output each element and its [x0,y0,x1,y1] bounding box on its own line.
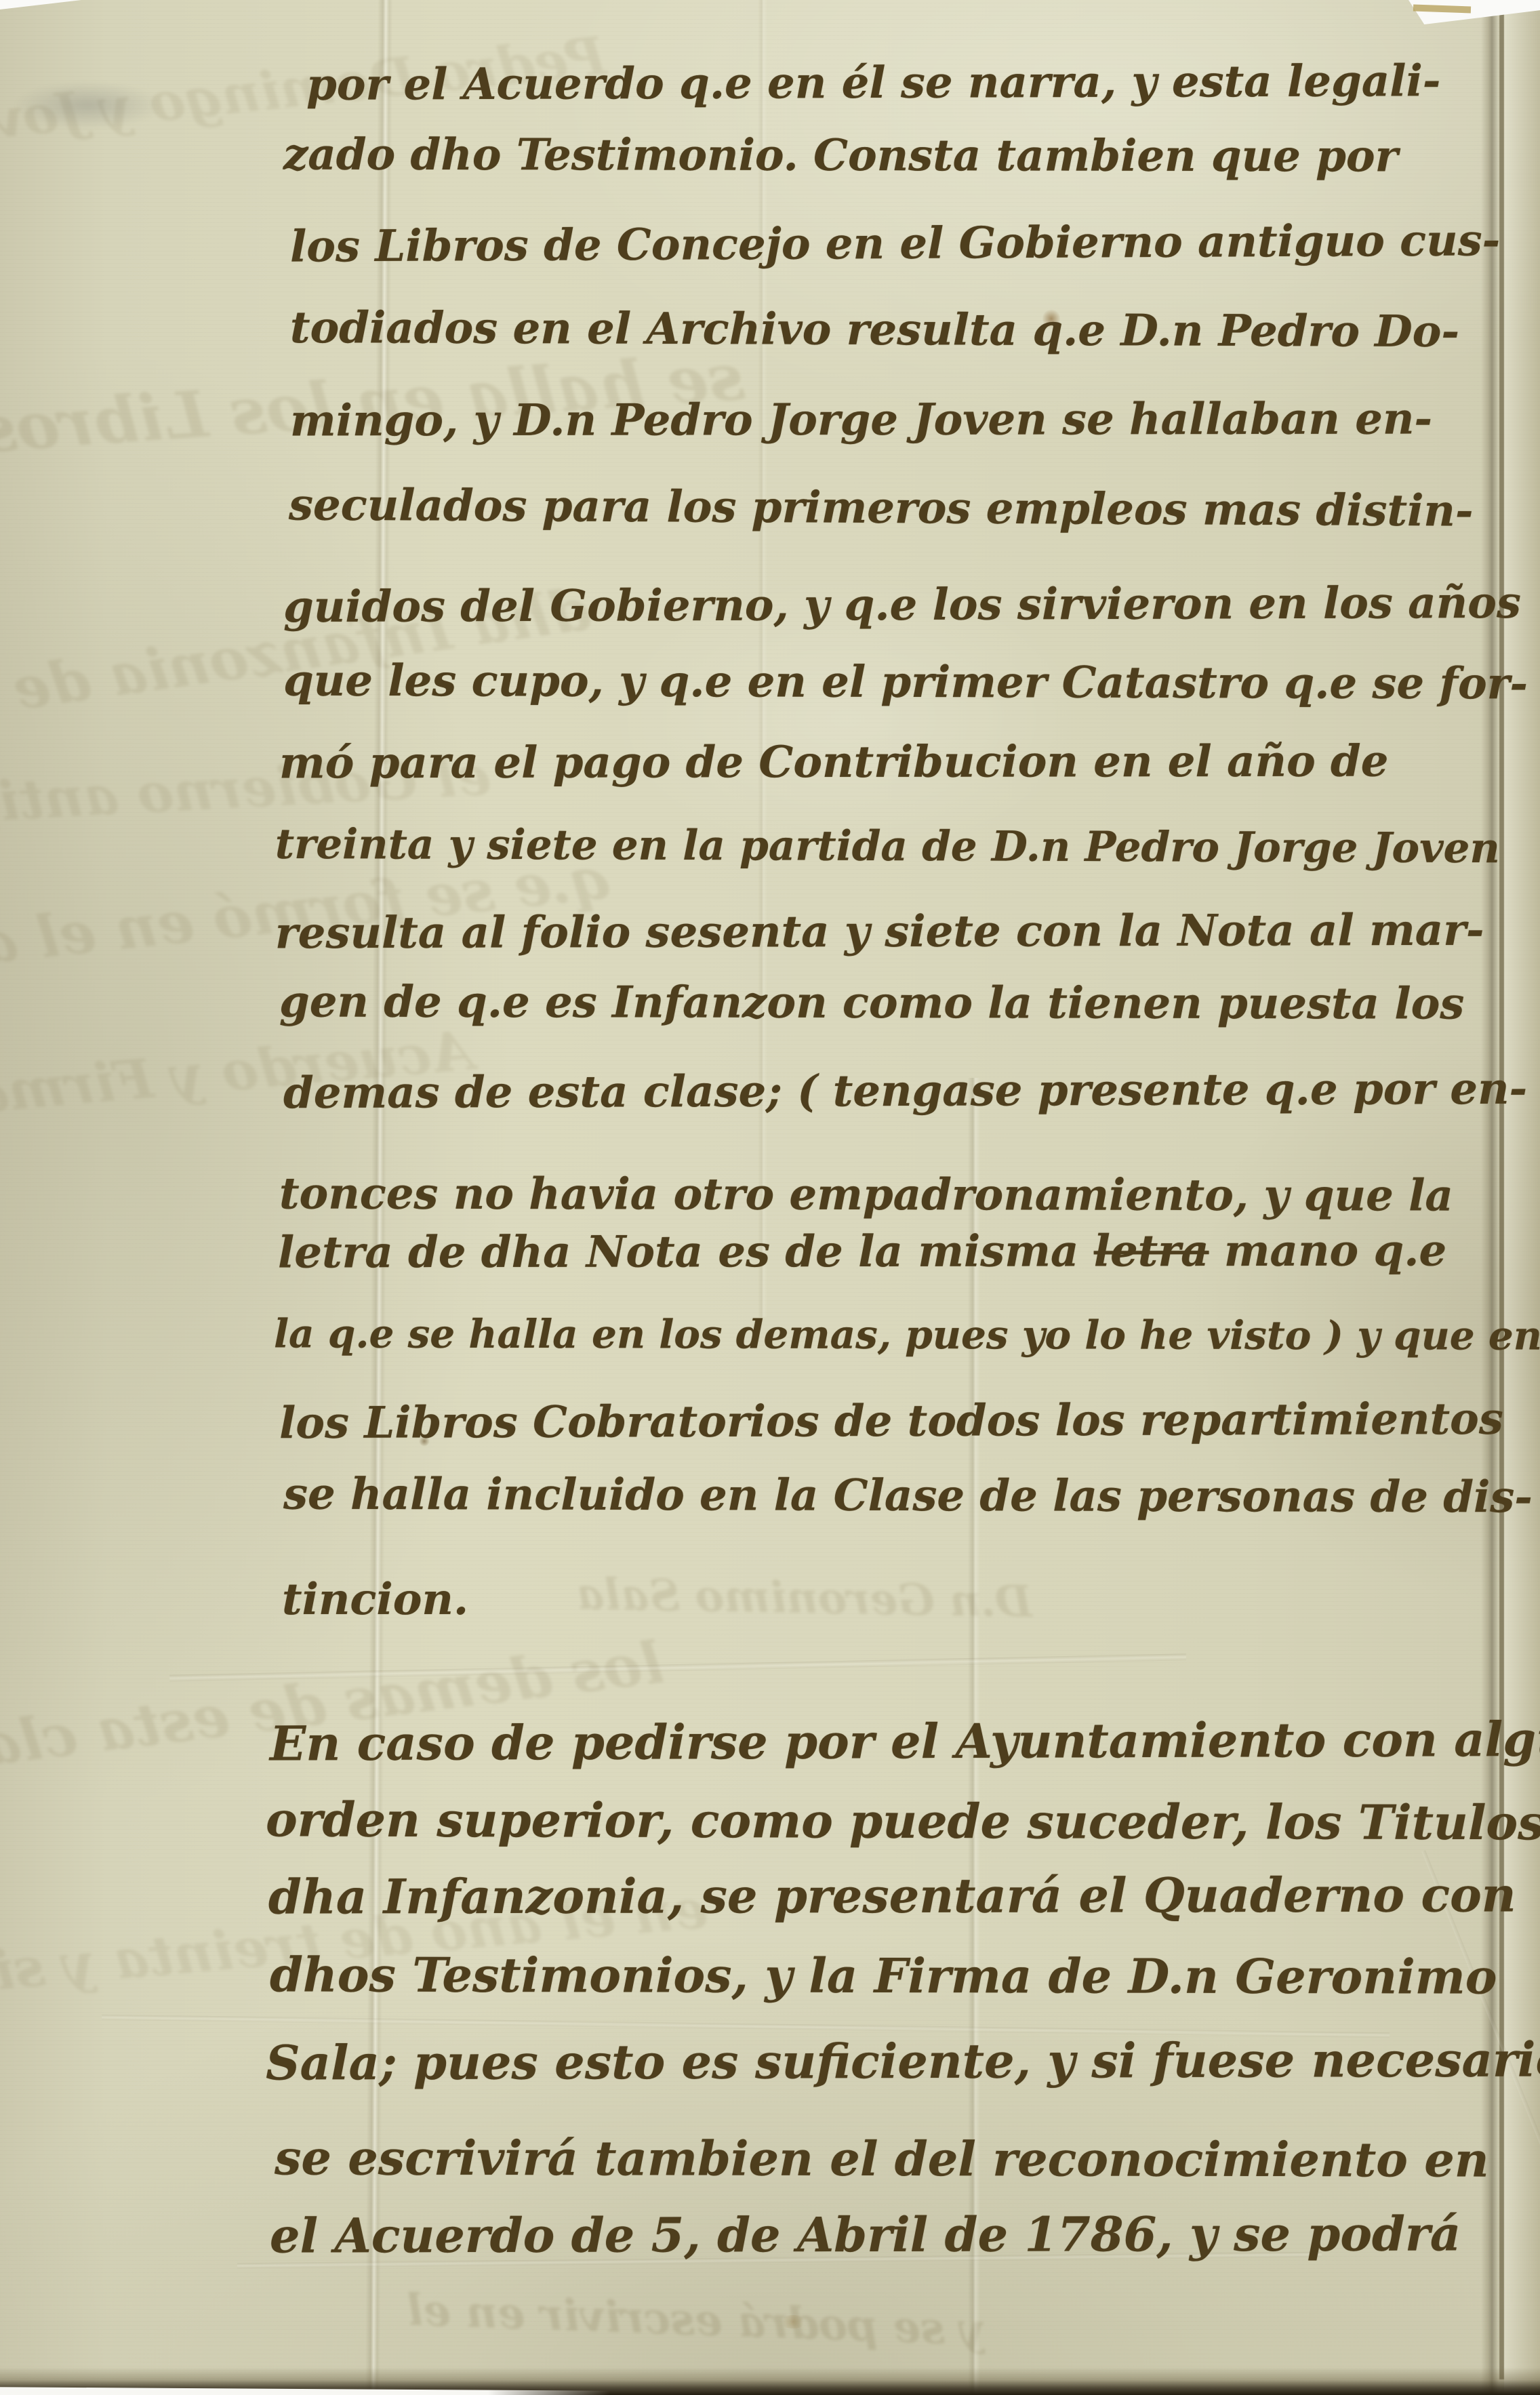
manuscript-line: mó para el pago de Contribucion en el añ… [279,738,1389,788]
manuscript-line: se escrivirá tambien el del reconocimien… [275,2131,1489,2186]
manuscript-line: Sala; pues esto es suficiente, y si fues… [266,2033,1540,2089]
strike-line-pre: letra de dha Nota es de la misma [278,1226,1094,1278]
manuscript-line: En caso de pedirse por el Ayuntamiento c… [270,1712,1540,1769]
manuscript-line: por el Acuerdo q.e en él se narra, y est… [306,58,1441,109]
manuscript-line-with-strikethrough: letra de dha Nota es de la misma letra m… [278,1227,1446,1276]
page-edge-line [1499,14,1504,2379]
manuscript-line: treinta y siete en la partida de D.n Ped… [275,822,1500,871]
struck-word: letra [1094,1226,1209,1276]
manuscript-scan: Pedro Domingo y Joven se halla en los Li… [0,0,1540,2395]
manuscript-line: zado dho Testimonio. Consta tambien que … [283,132,1398,181]
manuscript-line: demas de esta clase; ( tengase presente … [283,1066,1527,1118]
manuscript-line: tonces no havia otro empadronamiento, y … [279,1170,1453,1220]
strike-line-post: mano q.e [1209,1225,1446,1276]
manuscript-line: que les cupo, y q.e en el primer Catastr… [283,658,1528,708]
manuscript-line: guidos del Gobierno, y q.e los sirvieron… [283,580,1521,632]
manuscript-line: dha Infanzonia, se presentará el Quadern… [268,1868,1516,1923]
smudge [14,81,163,129]
manuscript-line: se halla incluido en la Clase de las per… [283,1471,1533,1522]
manuscript-line: resulta al folio sesenta y siete con la … [275,907,1484,958]
manuscript-line: orden superior, como puede suceder, los … [266,1793,1540,1849]
manuscript-line: seculados para los primeros empleos mas … [289,481,1474,536]
manuscript-line: todiados en el Archivo resulta q.e D.n P… [290,304,1459,356]
manuscript-line: dhos Testimonios, y la Firma de D.n Gero… [270,1948,1497,2002]
manuscript-line: tincion. [282,1576,468,1624]
manuscript-line: los Libros de Concejo en el Gobierno ant… [290,217,1501,271]
foxing-stain [779,2315,807,2329]
manuscript-line: gen de q.e es Infanzon como la tienen pu… [279,978,1464,1028]
manuscript-line: los Libros Cobratorios de todos los repa… [279,1396,1503,1448]
bleedthrough-text: D.n Geronimo Sala [575,1569,1032,1628]
manuscript-line: la q.e se halla en los demas, pues yo lo… [274,1312,1540,1358]
manuscript-line: el Acuerdo de 5, de Abril de 1786, y se … [270,2207,1461,2261]
manuscript-line: mingo, y D.n Pedro Jorge Joven se hallab… [290,396,1432,445]
